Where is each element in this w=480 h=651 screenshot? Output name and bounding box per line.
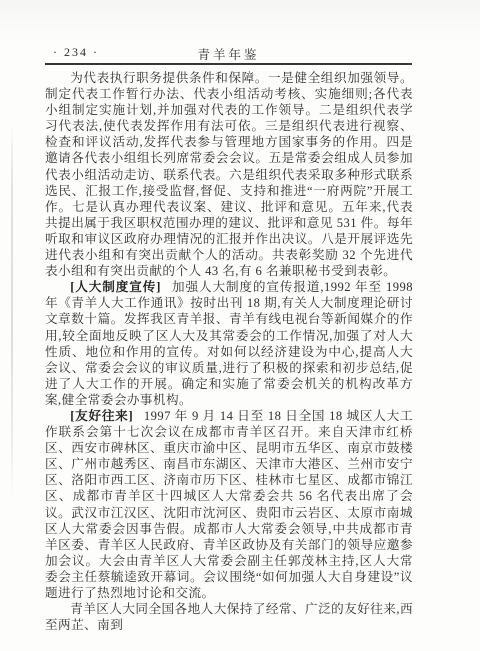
scanned-yearbook-page: · 234 · 青羊年鉴 为代表执行职务提供条件和保障。一是健全组织加强领导。制… — [0, 0, 480, 651]
header-rule — [45, 63, 412, 65]
paragraph-representative-work: 为代表执行职务提供条件和保障。一是健全组织加强领导。制定代表工作暂行办法、代表小… — [45, 70, 413, 279]
paragraph-text: 青羊区人大同全国各地人大保持了经常、广泛的友好往来,西至两芷、南到 — [45, 602, 413, 632]
paragraph-text: 为代表执行职务提供条件和保障。一是健全组织加强领导。制定代表工作暂行办法、代表小… — [45, 71, 413, 278]
paragraph-friendly-exchanges: [友好往来]1997 年 9 月 14 日至 18 日全国 18 城区人大工作联… — [45, 408, 413, 601]
page-body: 为代表执行职务提供条件和保障。一是健全组织加强领导。制定代表工作暂行办法、代表小… — [45, 70, 413, 633]
paragraph-npc-system-publicity: [人大制度宣传]加强人大制度的宣传报道,1992 年至 1998 年《青羊人大工… — [45, 279, 413, 408]
book-title: 青羊年鉴 — [45, 45, 412, 63]
paragraph-exchanges-continued: 青羊区人大同全国各地人大保持了经常、广泛的友好往来,西至两芷、南到 — [45, 601, 413, 633]
scan-streak-artifact — [11, 125, 13, 500]
paragraph-text: 1997 年 9 月 14 日至 18 日全国 18 城区人大工作联系会第十七次… — [45, 409, 413, 600]
paragraph-text: 加强人大制度的宣传报道,1992 年至 1998 年《青羊人大工作通讯》按时出刊… — [45, 280, 413, 407]
page-header: · 234 · 青羊年鉴 — [45, 45, 412, 61]
scan-shade-artifact — [0, 0, 480, 40]
entry-label: [友好往来] — [70, 409, 133, 423]
entry-label: [人大制度宣传] — [70, 280, 161, 294]
